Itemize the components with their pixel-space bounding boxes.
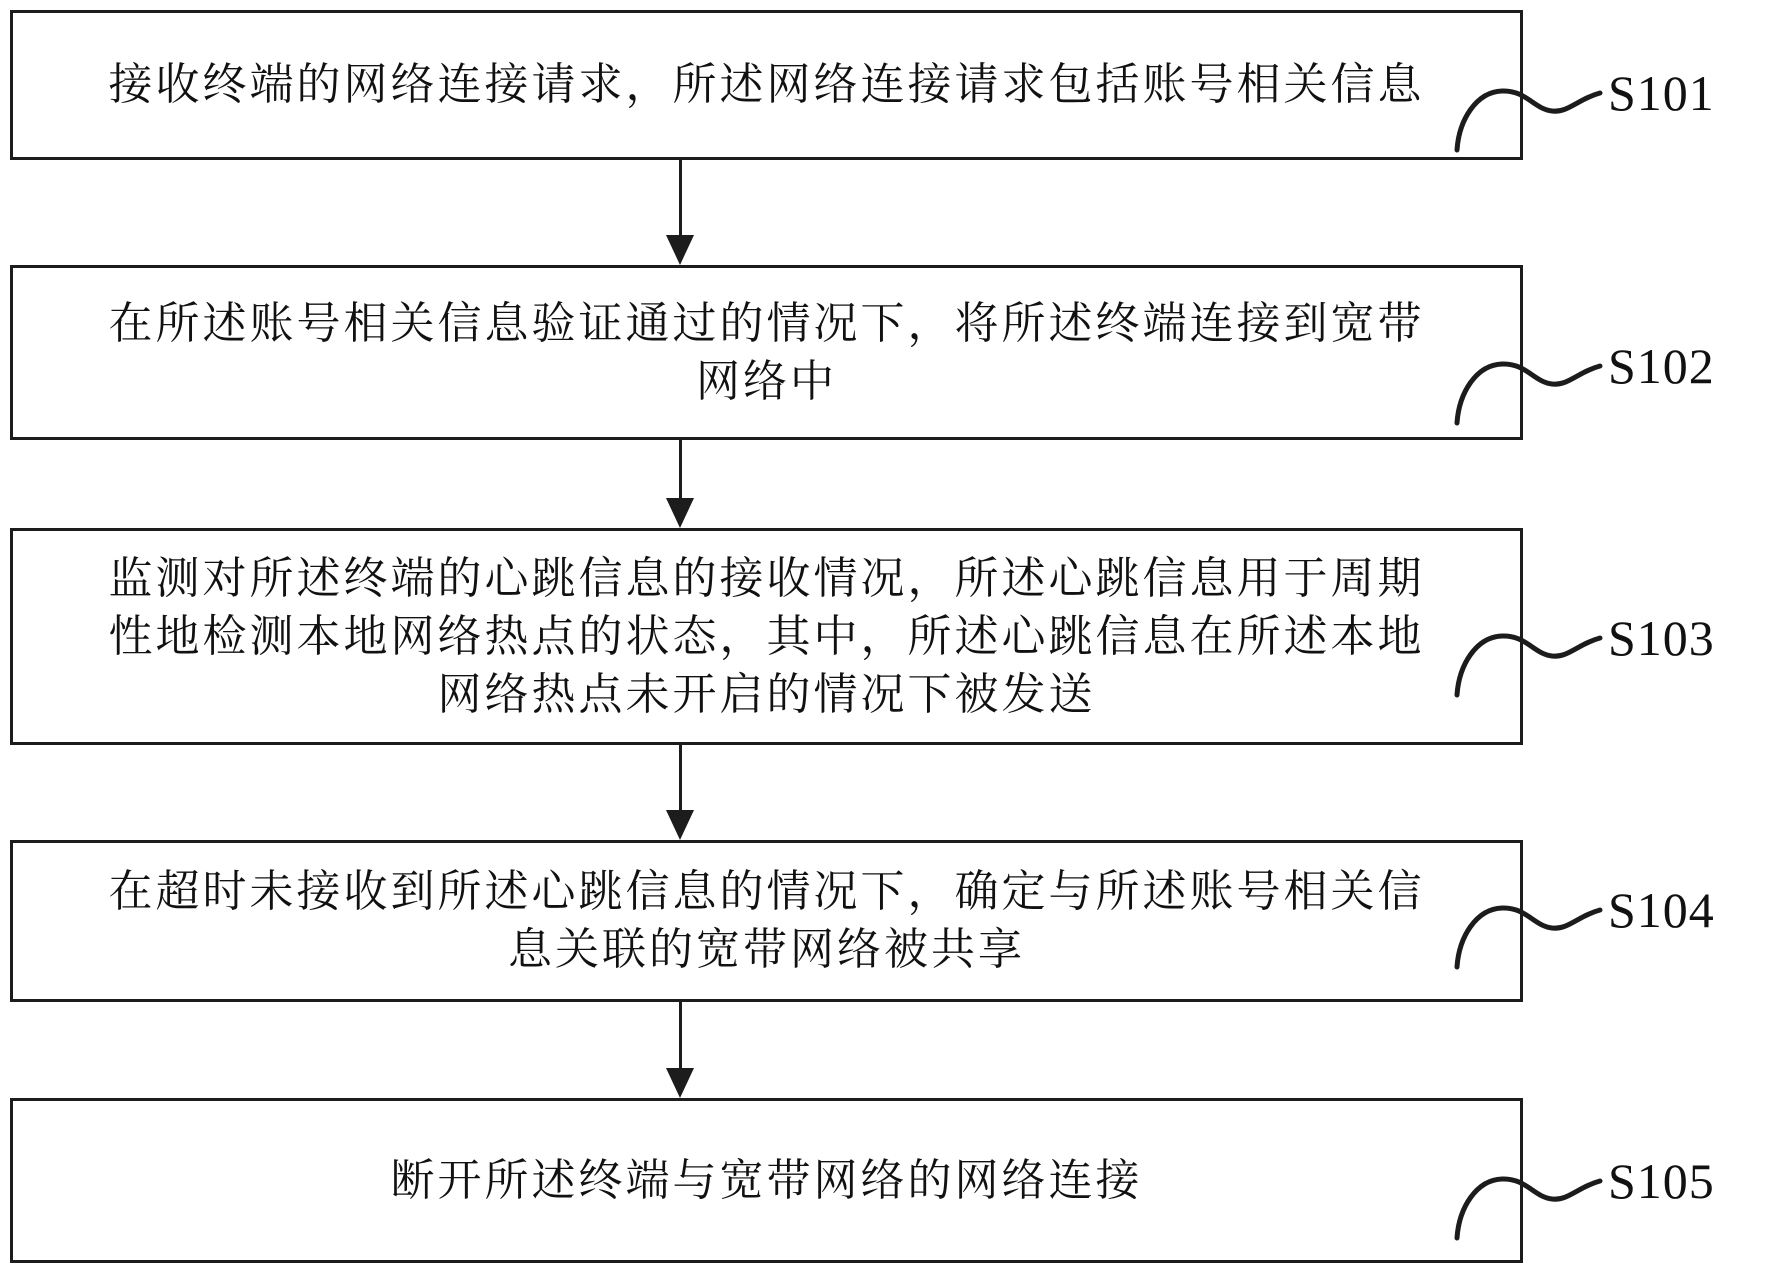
step-connector-squiggle-s105: [1450, 1163, 1610, 1243]
flow-arrow-shaft-1: [679, 160, 682, 235]
flow-arrow-shaft-4: [679, 1002, 682, 1068]
step-connector-squiggle-s102: [1450, 348, 1610, 428]
step-text-line: 在所述账号相关信息验证通过的情况下，将所述终端连接到宽带: [109, 295, 1425, 353]
step-label-s102: S102: [1608, 335, 1715, 397]
step-text-line: 网络中: [696, 353, 837, 411]
step-box-s105: 断开所述终端与宽带网络的网络连接: [10, 1098, 1523, 1263]
step-box-s104: 在超时未接收到所述心跳信息的情况下，确定与所述账号相关信 息关联的宽带网络被共享: [10, 840, 1523, 1002]
step-text-line: 监测对所述终端的心跳信息的接收情况，所述心跳信息用于周期: [109, 550, 1425, 608]
flow-arrow-head-icon-3: [666, 810, 694, 840]
step-box-s103: 监测对所述终端的心跳信息的接收情况，所述心跳信息用于周期 性地检测本地网络热点的…: [10, 528, 1523, 745]
step-label-s101: S101: [1608, 62, 1715, 124]
flowchart-canvas: 接收终端的网络连接请求，所述网络连接请求包括账号相关信息 S101 在所述账号相…: [0, 0, 1767, 1276]
step-box-s101: 接收终端的网络连接请求，所述网络连接请求包括账号相关信息: [10, 10, 1523, 160]
flow-arrow-head-icon-4: [666, 1068, 694, 1098]
step-label-s104: S104: [1608, 879, 1715, 941]
step-label-s105: S105: [1608, 1150, 1715, 1212]
step-label-s103: S103: [1608, 607, 1715, 669]
step-text-line: 性地检测本地网络热点的状态，其中，所述心跳信息在所述本地: [109, 608, 1425, 666]
step-connector-squiggle-s103: [1450, 620, 1610, 700]
step-text-line: 息关联的宽带网络被共享: [508, 921, 1025, 979]
flow-arrow-head-icon-1: [666, 235, 694, 265]
step-connector-squiggle-s101: [1450, 75, 1610, 155]
step-connector-squiggle-s104: [1450, 892, 1610, 972]
step-text-line: 网络热点未开启的情况下被发送: [438, 666, 1096, 724]
flow-arrow-shaft-3: [679, 745, 682, 810]
flow-arrow-shaft-2: [679, 440, 682, 498]
step-text-line: 断开所述终端与宽带网络的网络连接: [391, 1152, 1143, 1210]
flow-arrow-head-icon-2: [666, 498, 694, 528]
step-box-s102: 在所述账号相关信息验证通过的情况下，将所述终端连接到宽带 网络中: [10, 265, 1523, 440]
step-text-line: 在超时未接收到所述心跳信息的情况下，确定与所述账号相关信: [109, 863, 1425, 921]
step-text-line: 接收终端的网络连接请求，所述网络连接请求包括账号相关信息: [109, 56, 1425, 114]
